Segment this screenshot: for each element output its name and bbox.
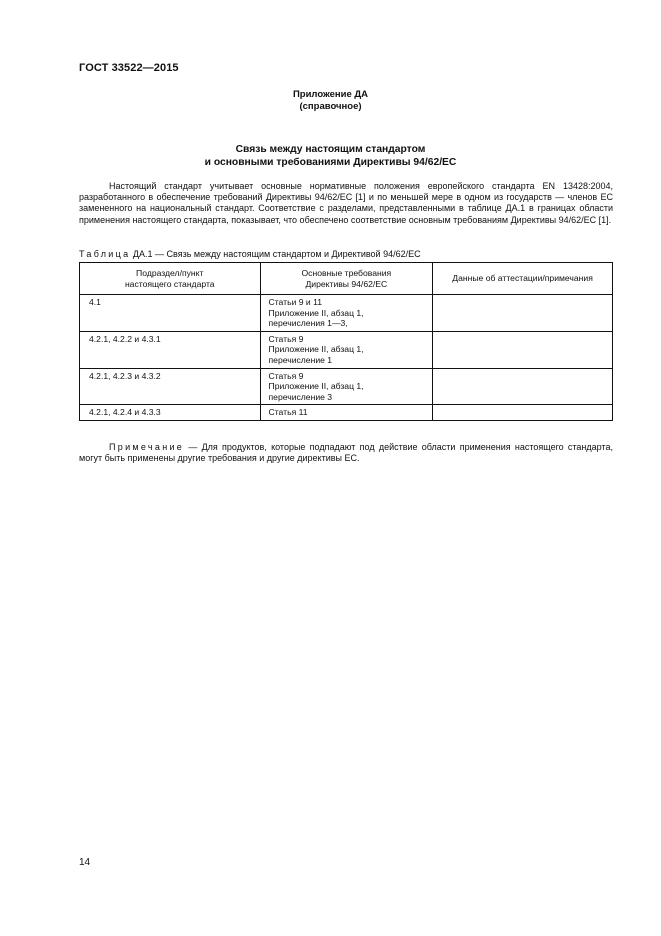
- cell-subsection: 4.1: [80, 295, 261, 332]
- requirement-line: Приложение II, абзац 1,: [269, 308, 423, 319]
- header-subsection-line2: настоящего стандарта: [84, 279, 256, 290]
- cell-subsection: 4.2.1, 4.2.2 и 4.3.1: [80, 331, 261, 368]
- table-note: Примечание — Для продуктов, которые подп…: [79, 442, 613, 464]
- table-row: 4.2.1, 4.2.2 и 4.3.1Статья 9Приложение I…: [80, 331, 613, 368]
- page-number: 14: [79, 857, 90, 868]
- requirement-line: перечисления 1—3,: [269, 318, 423, 329]
- table-row: 4.1Статьи 9 и 11Приложение II, абзац 1,п…: [80, 295, 613, 332]
- header-notes-line1: Данные об аттестации/примечания: [437, 273, 608, 284]
- requirement-line: Приложение II, абзац 1,: [269, 381, 423, 392]
- annex-heading: Приложение ДА (справочное): [0, 89, 661, 113]
- standard-code: ГОСТ 33522—2015: [79, 62, 179, 74]
- note-label: Примечание: [109, 442, 184, 452]
- cell-subsection: 4.2.1, 4.2.4 и 4.3.3: [80, 405, 261, 421]
- cell-notes: [433, 295, 613, 332]
- cell-notes: [433, 405, 613, 421]
- annex-type: (справочное): [0, 101, 661, 113]
- header-requirements: Основные требования Директивы 94/62/ЕС: [260, 263, 433, 295]
- cell-requirements: Статья 9Приложение II, абзац 1,перечисле…: [260, 331, 433, 368]
- table-header-row: Подраздел/пункт настоящего стандарта Осн…: [80, 263, 613, 295]
- header-requirements-line1: Основные требования: [265, 268, 429, 279]
- table-row: 4.2.1, 4.2.3 и 4.3.2Статья 9Приложение I…: [80, 368, 613, 405]
- requirement-line: Статьи 9 и 11: [269, 297, 423, 308]
- correspondence-table: Подраздел/пункт настоящего стандарта Осн…: [79, 262, 613, 421]
- requirement-line: Статья 9: [269, 371, 423, 382]
- requirement-line: перечисление 3: [269, 392, 423, 403]
- annex-title: Приложение ДА: [0, 89, 661, 101]
- section-title-line2: и основными требованиями Директивы 94/62…: [0, 157, 661, 170]
- table-caption-text: ДА.1 — Связь между настоящим стандартом …: [133, 249, 421, 259]
- section-title-line1: Связь между настоящим стандартом: [0, 144, 661, 157]
- cell-requirements: Статьи 9 и 11Приложение II, абзац 1,пере…: [260, 295, 433, 332]
- requirement-line: Статья 11: [269, 407, 423, 418]
- cell-subsection: 4.2.1, 4.2.3 и 4.3.2: [80, 368, 261, 405]
- header-requirements-line2: Директивы 94/62/ЕС: [265, 279, 429, 290]
- cell-requirements: Статья 11: [260, 405, 433, 421]
- header-subsection: Подраздел/пункт настоящего стандарта: [80, 263, 261, 295]
- requirement-line: перечисление 1: [269, 355, 423, 366]
- table-caption-label: Таблица: [79, 249, 130, 259]
- header-notes: Данные об аттестации/примечания: [433, 263, 613, 295]
- section-title: Связь между настоящим стандартом и основ…: [0, 144, 661, 169]
- header-subsection-line1: Подраздел/пункт: [84, 268, 256, 279]
- cell-notes: [433, 331, 613, 368]
- intro-paragraph: Настоящий стандарт учитывает основные но…: [79, 181, 613, 226]
- table-row: 4.2.1, 4.2.4 и 4.3.3Статья 11: [80, 405, 613, 421]
- requirement-line: Приложение II, абзац 1,: [269, 344, 423, 355]
- requirement-line: Статья 9: [269, 334, 423, 345]
- cell-notes: [433, 368, 613, 405]
- cell-requirements: Статья 9Приложение II, абзац 1,перечисле…: [260, 368, 433, 405]
- table-caption: Таблица ДА.1 — Связь между настоящим ста…: [79, 249, 421, 259]
